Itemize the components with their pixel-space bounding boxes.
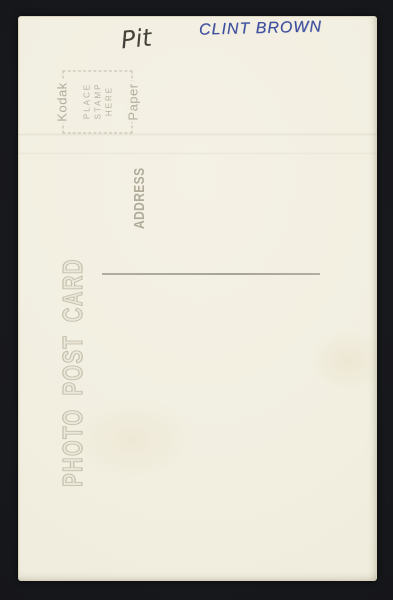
stamp-box: Kodak PLACE STAMP HERE Paper <box>63 71 133 134</box>
address-label: ADDRESS <box>132 181 148 229</box>
postcard-back: Pit CLINT BROWN Kodak PLACE STAMP HERE P… <box>18 16 377 581</box>
photo-post-card-label: PHOTO POST CARD <box>56 275 90 487</box>
pencil-notation: Pit <box>120 23 153 54</box>
address-divider-line <box>102 273 320 275</box>
stamp-box-instructions: PLACE STAMP HERE <box>64 72 132 133</box>
paper-crease <box>18 152 377 155</box>
stamp-box-paper-label: Paper <box>126 81 141 122</box>
stamp-box-instruction-line: HERE <box>104 86 113 118</box>
stamp-box-instruction-line: STAMP <box>93 83 102 122</box>
photo-background: Pit CLINT BROWN Kodak PLACE STAMP HERE P… <box>0 0 393 600</box>
ink-notation-player-name: CLINT BROWN <box>199 18 322 39</box>
stamp-box-instruction-line: PLACE <box>82 83 91 121</box>
